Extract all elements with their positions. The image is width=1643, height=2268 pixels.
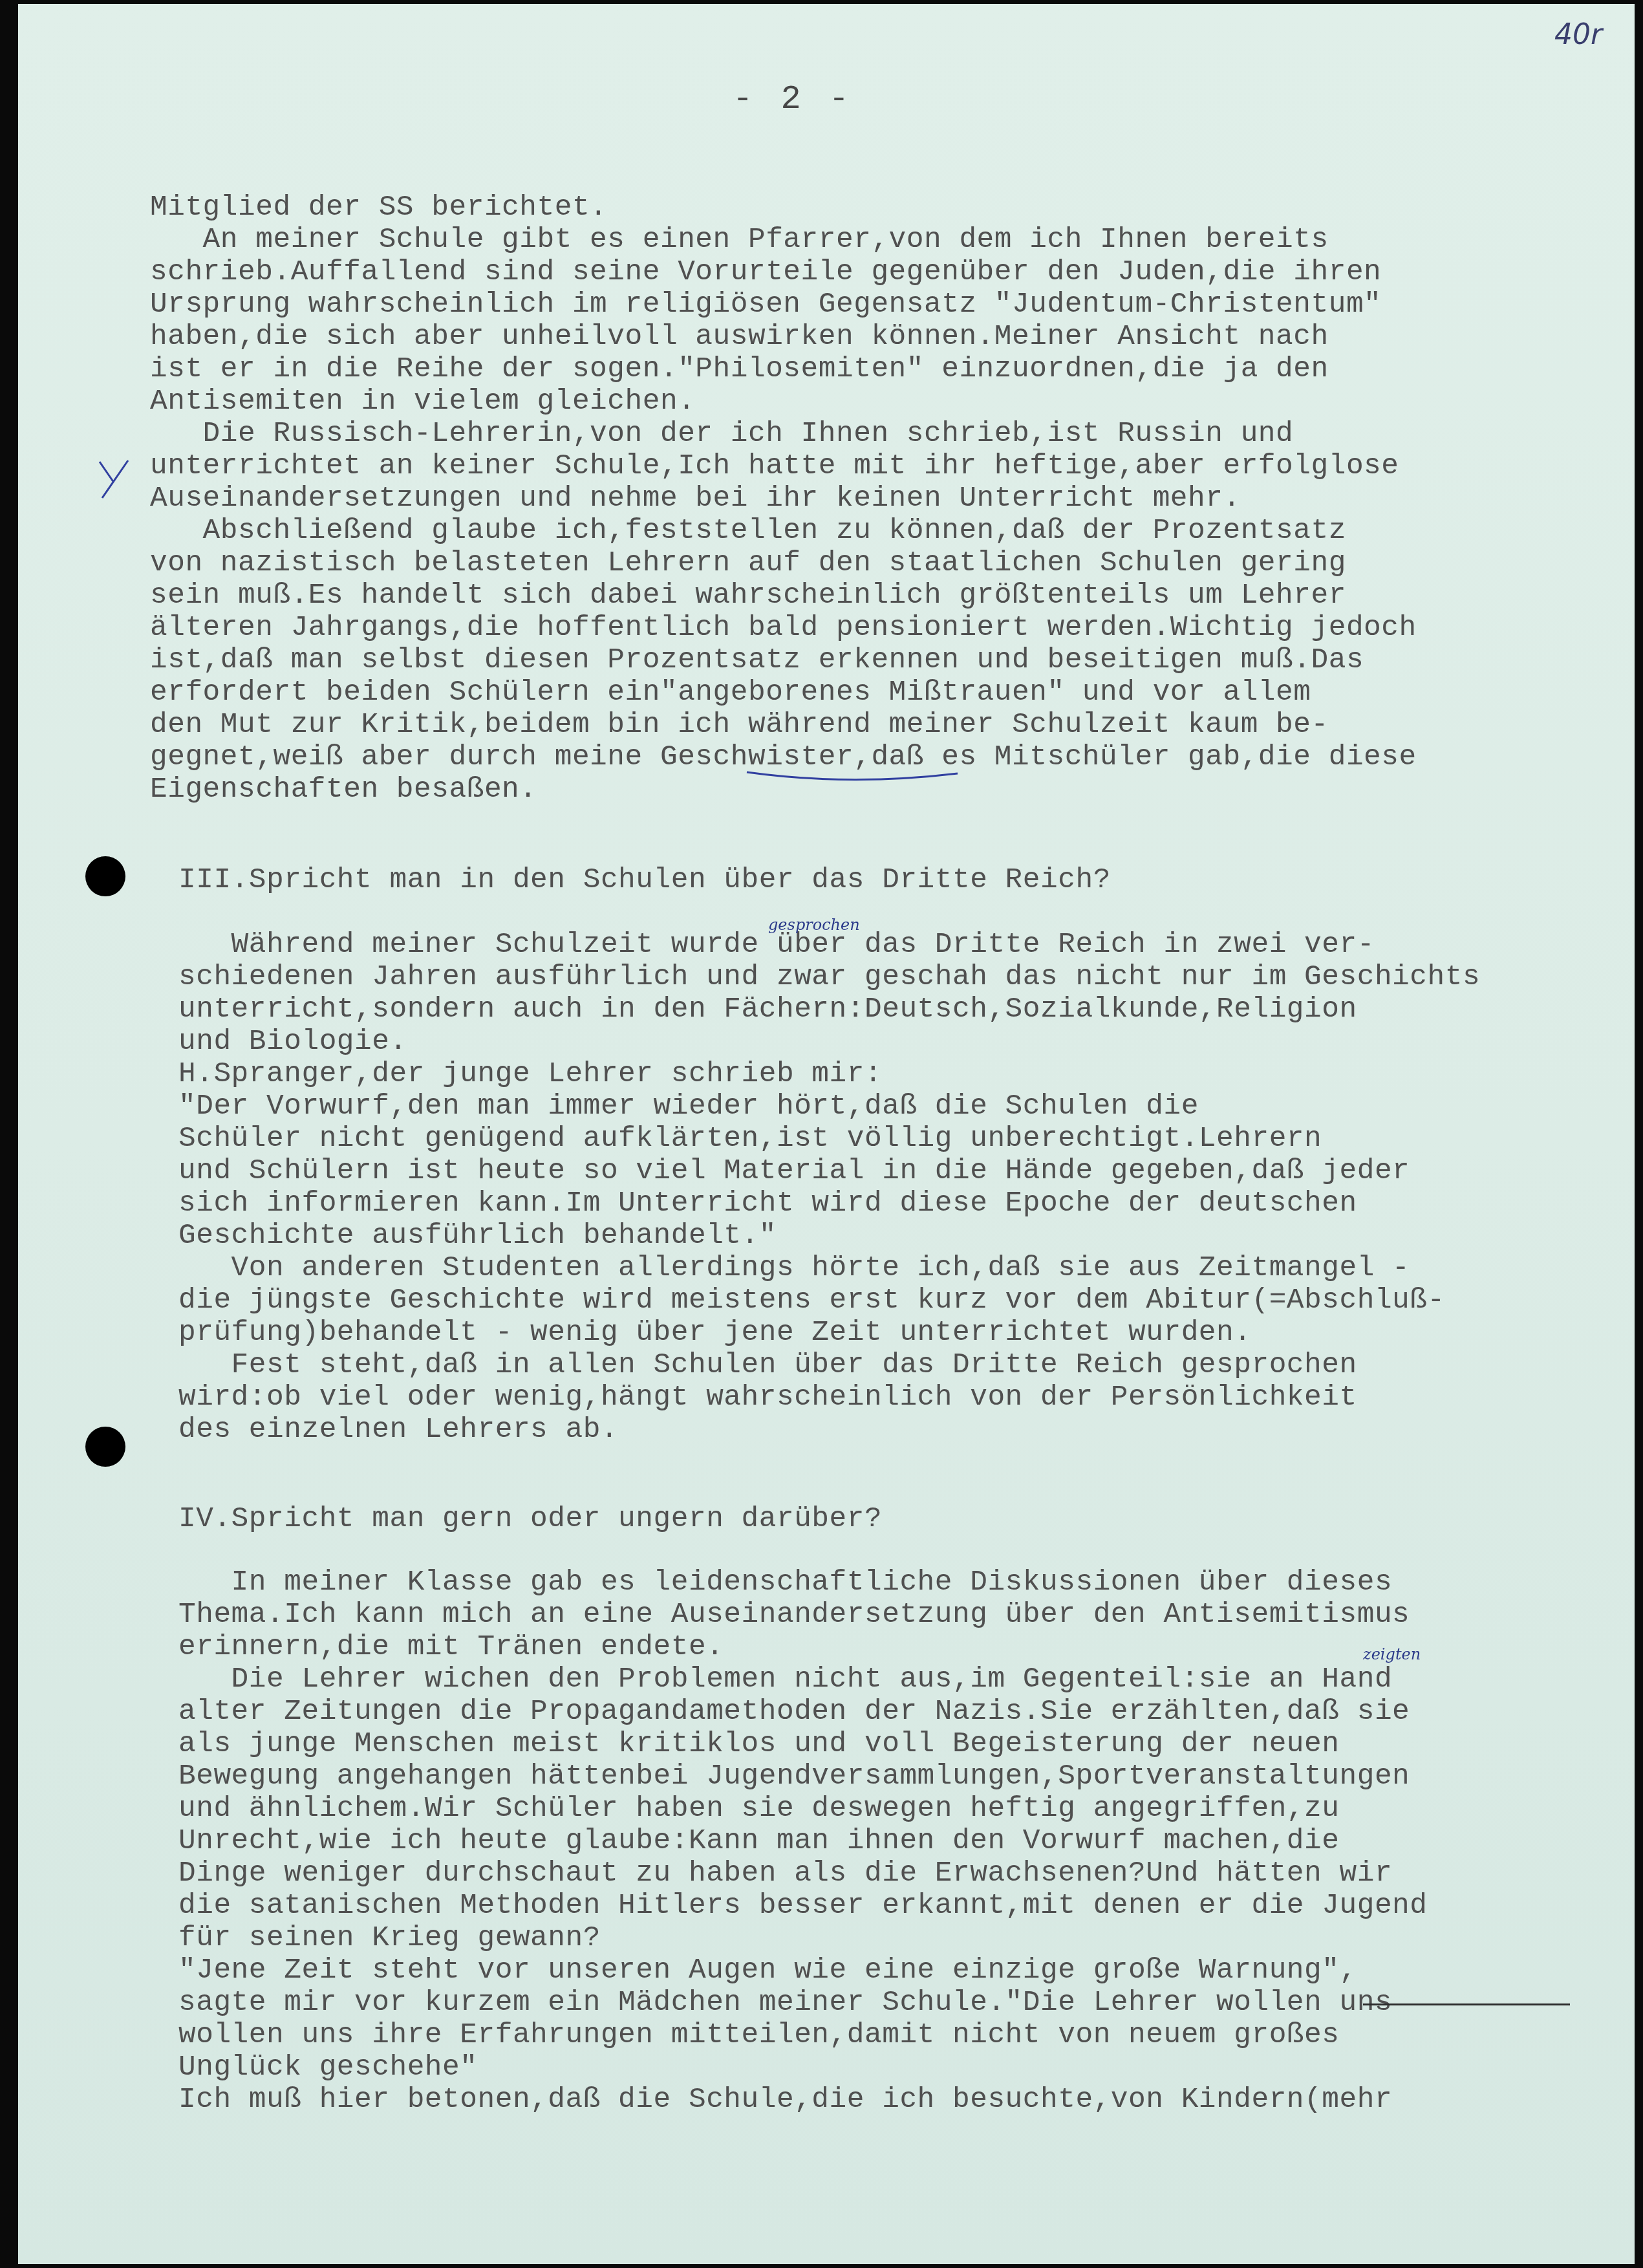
text-line: Mitglied der SS berichtet. <box>150 191 607 224</box>
text-line: den Mut zur Kritik,beidem bin ich währen… <box>150 709 1329 741</box>
punch-hole <box>85 856 125 896</box>
text-line: Die Lehrer wichen den Problemen nicht au… <box>178 1663 1392 1696</box>
document-page: 40r - 2 - Mitglied der SS berichtet. An … <box>18 4 1635 2264</box>
text-line: schrieb.Auffallend sind seine Vorurteile… <box>150 256 1381 288</box>
text-line: als junge Menschen meist kritiklos und v… <box>178 1728 1340 1760</box>
text-line: und Biologie. <box>178 1026 407 1058</box>
text-line: sein muß.Es handelt sich dabei wahrschei… <box>150 579 1346 612</box>
text-line: und Schülern ist heute so viel Material … <box>178 1155 1410 1187</box>
text-line: Von anderen Studenten allerdings hörte i… <box>178 1252 1410 1284</box>
text-line: und ähnlichem.Wir Schüler haben sie desw… <box>178 1793 1340 1825</box>
text-line: des einzelnen Lehrers ab. <box>178 1414 618 1446</box>
punch-hole <box>85 1427 125 1467</box>
text-line: ist er in die Reihe der sogen."Philosemi… <box>150 353 1329 385</box>
text-line: Fest steht,daß in allen Schulen über das… <box>178 1349 1357 1381</box>
text-line: wollen uns ihre Erfahrungen mitteilen,da… <box>178 2019 1340 2051</box>
text-line: Antisemiten in vielem gleichen. <box>150 385 695 418</box>
text-line: sagte mir vor kurzem ein Mädchen meiner … <box>178 1987 1392 2019</box>
page-number: - 2 - <box>733 80 853 118</box>
text-line: Thema.Ich kann mich an eine Auseinanders… <box>178 1599 1410 1631</box>
section-heading: IV.Spricht man gern oder ungern darüber? <box>178 1503 882 1535</box>
handwritten-insert: zeigten <box>1363 1645 1421 1663</box>
margin-mark-icon <box>94 457 133 502</box>
text-line: unterricht,sondern auch in den Fächern:D… <box>178 993 1357 1026</box>
text-line: Bewegung angehangen hättenbei Jugendvers… <box>178 1760 1410 1793</box>
text-line: H.Spranger,der junge Lehrer schrieb mir: <box>178 1058 882 1090</box>
text-line: Unrecht,wie ich heute glaube:Kann man ih… <box>178 1825 1340 1857</box>
text-line: Geschichte ausführlich behandelt." <box>178 1220 777 1252</box>
text-line: unterrichtet an keiner Schule,Ich hatte … <box>150 450 1399 482</box>
text-line: sich informieren kann.Im Unterricht wird… <box>178 1187 1357 1220</box>
text-line: Ich muß hier betonen,daß die Schule,die … <box>178 2084 1392 2116</box>
text-line: alter Zeitungen die Propagandamethoden d… <box>178 1696 1410 1728</box>
text-line: älteren Jahrgangs,die hoffentlich bald p… <box>150 612 1417 644</box>
handwritten-insert: gesprochen <box>768 916 860 934</box>
folio-annotation: 40r <box>1554 18 1602 51</box>
text-line: Die Russisch-Lehrerin,von der ich Ihnen … <box>150 418 1293 450</box>
text-line: für seinen Krieg gewann? <box>178 1922 601 1954</box>
text-line: Ursprung wahrscheinlich im religiösen Ge… <box>150 288 1381 321</box>
text-line: von nazistisch belasteten Lehrern auf de… <box>150 547 1346 579</box>
text-line: ist,daß man selbst diesen Prozentsatz er… <box>150 644 1364 676</box>
text-line: die satanischen Methoden Hitlers besser … <box>178 1890 1428 1922</box>
text-line: "Der Vorwurf,den man immer wieder hört,d… <box>178 1090 1199 1123</box>
text-line: prüfung)behandelt - wenig über jene Zeit… <box>178 1317 1251 1349</box>
text-line: In meiner Klasse gab es leidenschaftlich… <box>178 1566 1392 1599</box>
handwritten-underline <box>746 767 959 784</box>
text-line: Dinge weniger durchschaut zu haben als d… <box>178 1857 1392 1890</box>
text-line: erinnern,die mit Tränen endete. <box>178 1631 724 1663</box>
text-line: Unglück geschehe" <box>178 2051 477 2084</box>
strikethrough-mark <box>1363 2003 1570 2005</box>
text-line: schiedenen Jahren ausführlich und zwar g… <box>178 961 1480 993</box>
text-line: Eigenschaften besaßen. <box>150 773 537 806</box>
text-line: die jüngste Geschichte wird meistens ers… <box>178 1284 1445 1317</box>
section-heading: III.Spricht man in den Schulen über das … <box>178 864 1111 896</box>
text-line: Schüler nicht genügend aufklärten,ist vö… <box>178 1123 1322 1155</box>
text-line: haben,die sich aber unheilvoll auswirken… <box>150 321 1329 353</box>
text-line: An meiner Schule gibt es einen Pfarrer,v… <box>150 224 1329 256</box>
text-line: Abschließend glaube ich,feststellen zu k… <box>150 515 1346 547</box>
text-line: Auseinandersetzungen und nehme bei ihr k… <box>150 482 1241 515</box>
text-line: wird:ob viel oder wenig,hängt wahrschein… <box>178 1381 1357 1414</box>
text-line: "Jene Zeit steht vor unseren Augen wie e… <box>178 1954 1357 1987</box>
text-line: erfordert beiden Schülern ein"angeborene… <box>150 676 1311 709</box>
